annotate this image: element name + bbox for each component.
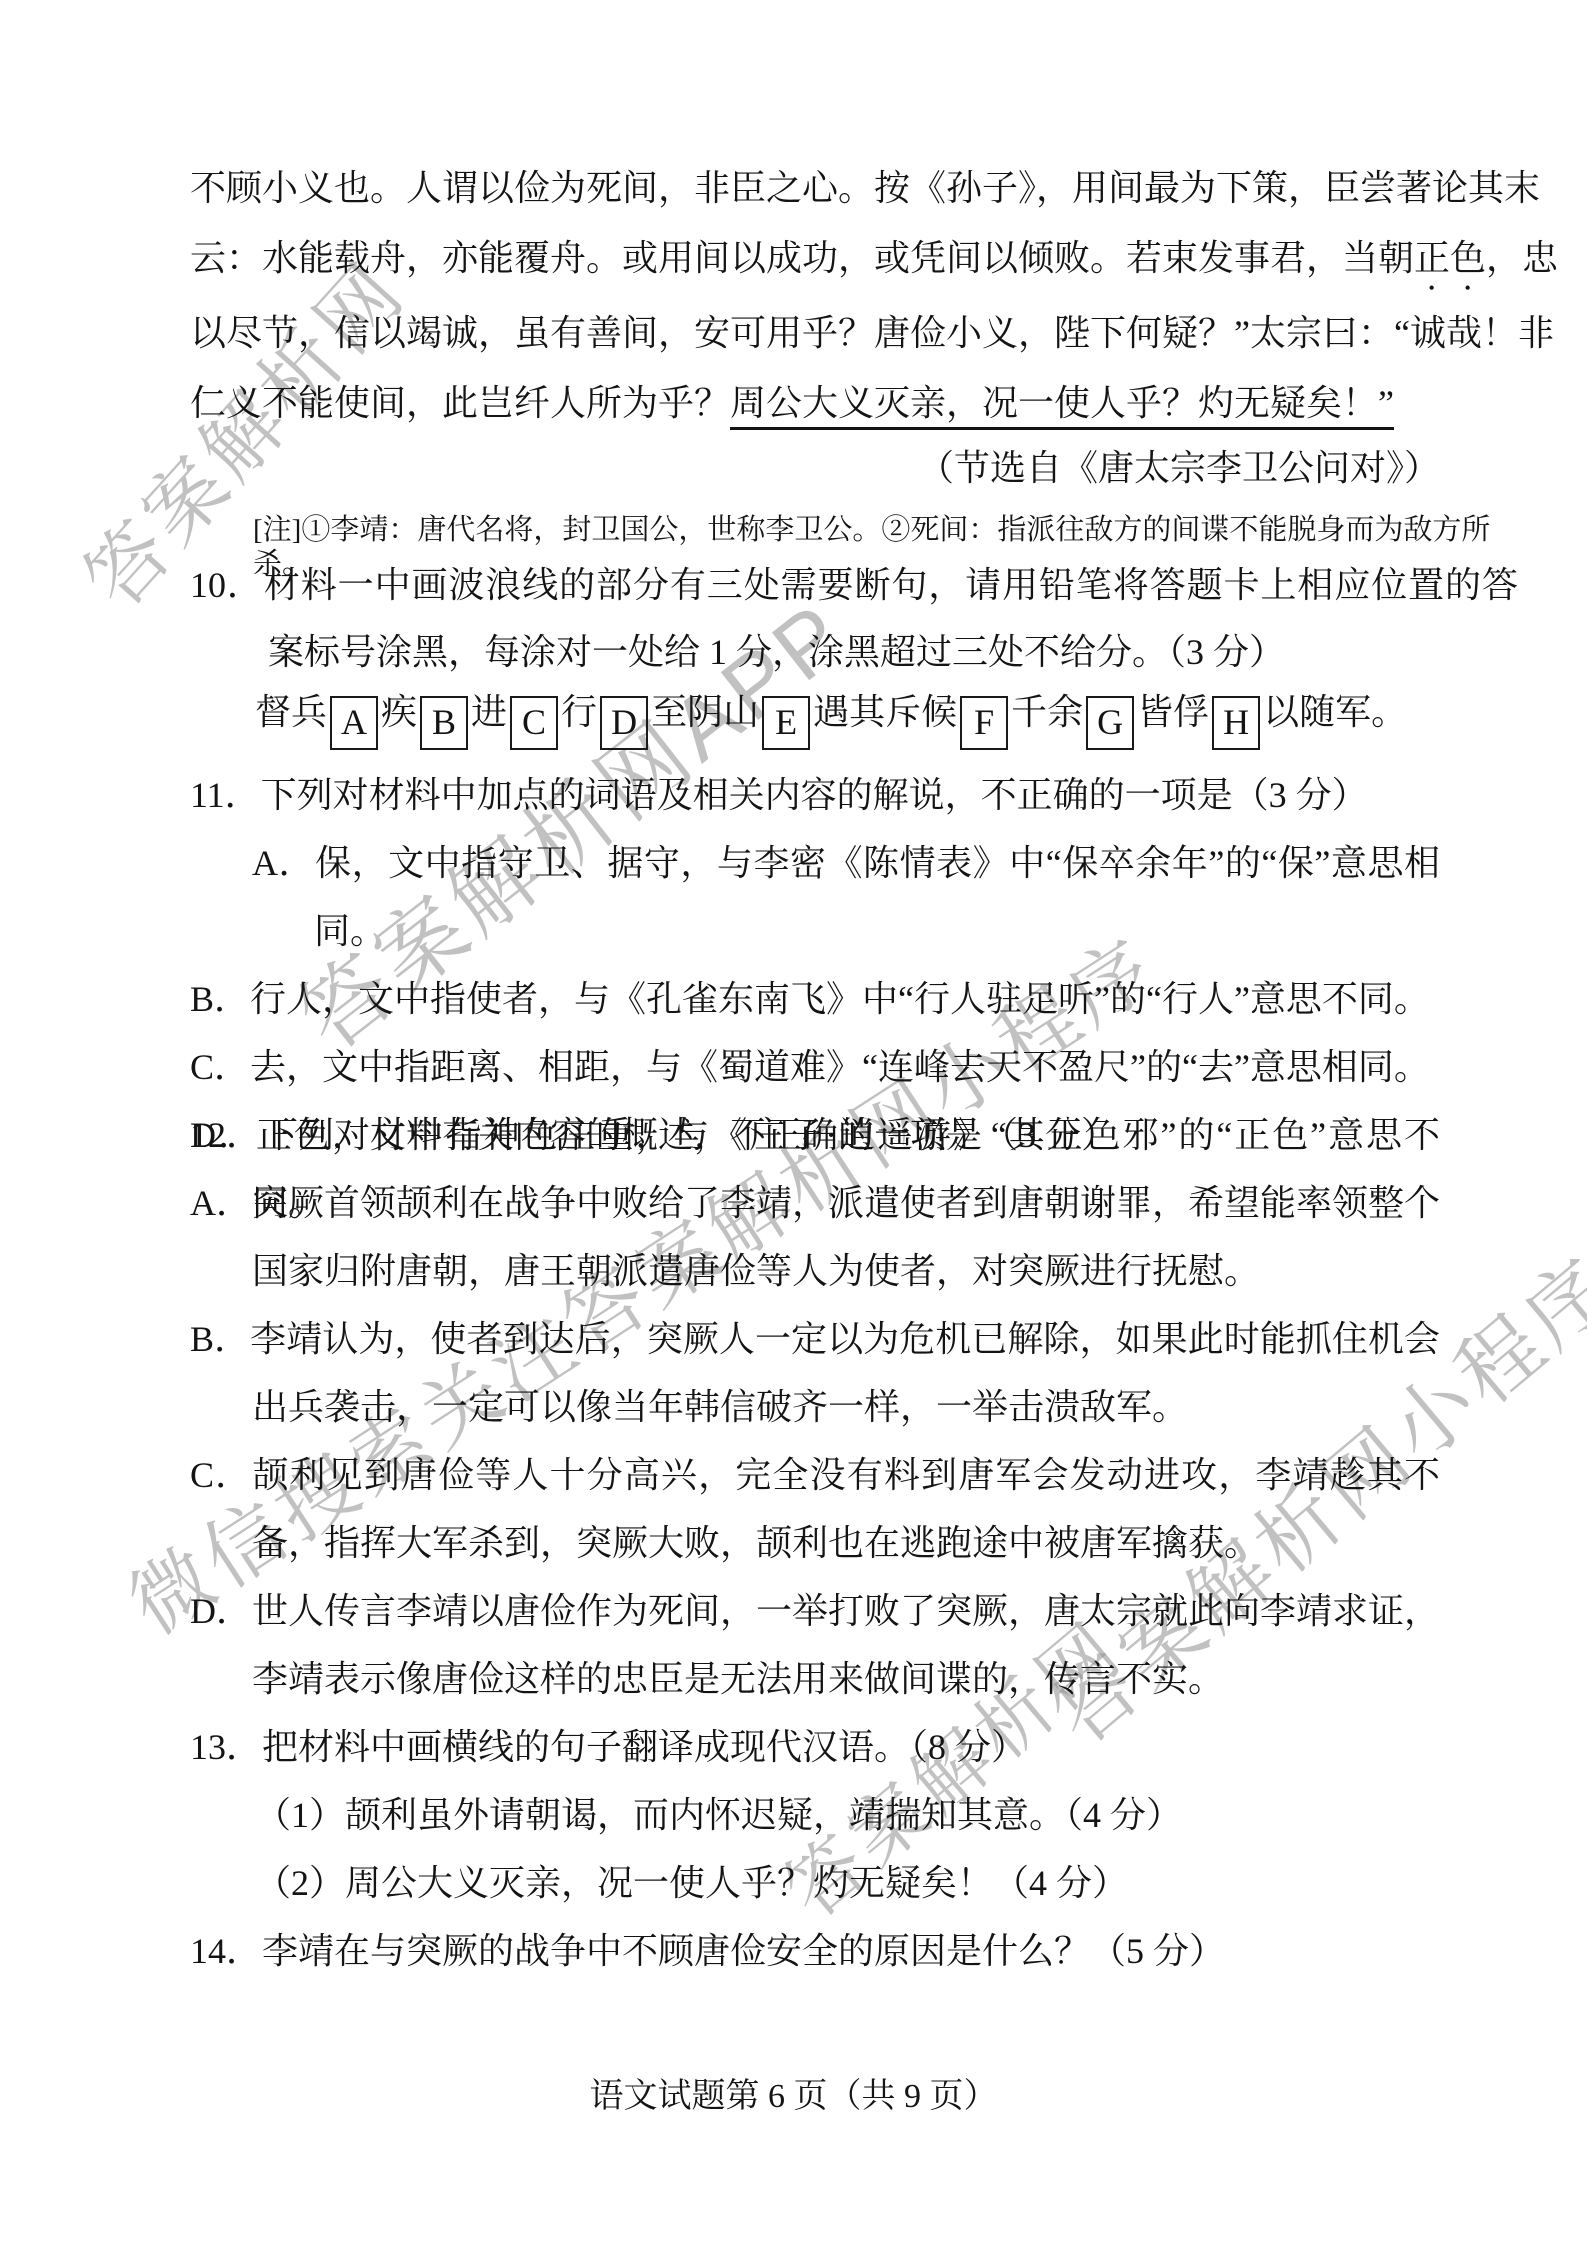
emphasized-word-zhengse: 正色 — [1414, 238, 1486, 278]
question-11-stem-row: 11．下列对材料中加点的词语及相关内容的解说，不正确的一项是（3 分） — [190, 761, 1440, 829]
question-12-stem: 下列对材料有关内容的概述，不正确的一项是（3 分） — [262, 1115, 1117, 1155]
q13-sub-1: （1）颉利虽外请朝谒，而内怀迟疑，靖揣知其意。（4 分） — [190, 1781, 1440, 1849]
classical-passage: 不顾小义也。人谓以俭为死间，非臣之心。按《孙子》，用间最为下策，臣尝著论其末 云… — [190, 153, 1440, 438]
question-11-stem: 下列对材料中加点的词语及相关内容的解说，不正确的一项是（3 分） — [261, 775, 1368, 815]
seg-text: 千余 — [1011, 692, 1083, 732]
question-13-stem-row: 13．把材料中画横线的句子翻译成现代汉语。（8 分） — [190, 1713, 1440, 1781]
question-13-stem: 把材料中画横线的句子翻译成现代汉语。（8 分） — [262, 1727, 1027, 1767]
option-label: B． — [190, 1319, 250, 1359]
option-label: D． — [190, 1591, 252, 1631]
option-text: 去，文中指距离、相距，与《蜀道难》“连峰去天不盈尺”的“去”意思相同。 — [250, 1047, 1430, 1087]
passage-line4-pre: 仁义不能使间，此岂纤人所为乎？ — [190, 383, 730, 423]
q11-option-c: C．去，文中指距离、相距，与《蜀道难》“连峰去天不盈尺”的“去”意思相同。 — [190, 1033, 1440, 1101]
exam-paper-page: 答案解析网 答案解析网APP 微信搜索关注答案解析网小程序 答案解析网小程序 答… — [0, 0, 1587, 2245]
q12-option-d: D．世人传言李靖以唐俭作为死间，一举打败了突厥，唐太宗就此向李靖求证，李靖表示像… — [190, 1577, 1440, 1713]
q12-option-a: A．突厥首领颉利在战争中败给了李靖，派遣使者到唐朝谢罪，希望能率领整个国家归附唐… — [190, 1169, 1440, 1305]
option-text: 颉利见到唐俭等人十分高兴，完全没有料到唐军会发动进攻，李靖趁其不备，指挥大军杀到… — [252, 1455, 1440, 1563]
question-14-stem-row: 14．李靖在与突厥的战争中不顾唐俭安全的原因是什么？（5 分） — [190, 1917, 1440, 1985]
answer-box-C: C — [510, 696, 558, 750]
page-footer: 语文试题第 6 页（共 9 页） — [0, 2080, 1587, 2114]
passage-line-4: 仁义不能使间，此岂纤人所为乎？周公大义灭亲，况一使人乎？灼无疑矣！” — [190, 368, 1440, 438]
answer-box-A: A — [330, 696, 378, 750]
answer-box-E: E — [762, 696, 810, 750]
answer-box-F: F — [960, 696, 1008, 750]
seg-text: 遇其斥候 — [813, 692, 957, 732]
seg-text: 疾 — [381, 692, 417, 732]
q11-option-b: B．行人，文中指使者，与《孔雀东南飞》中“行人驻足听”的“行人”意思不同。 — [190, 965, 1440, 1033]
option-text: 李靖认为，使者到达后，突厥人一定以为危机已解除，如果此时能抓住机会出兵袭击，一定… — [250, 1319, 1440, 1427]
question-13-number: 13． — [190, 1727, 262, 1767]
option-text: 世人传言李靖以唐俭作为死间，一举打败了突厥，唐太宗就此向李靖求证，李靖表示像唐俭… — [252, 1591, 1440, 1699]
question-14-stem: 李靖在与突厥的战争中不顾唐俭安全的原因是什么？（5 分） — [262, 1931, 1225, 1971]
answer-box-H: H — [1212, 696, 1260, 750]
q12-option-c: C．颉利见到唐俭等人十分高兴，完全没有料到唐军会发动进攻，李靖趁其不备，指挥大军… — [190, 1441, 1440, 1577]
option-label: C． — [190, 1455, 252, 1495]
question-12-number: 12． — [190, 1115, 262, 1155]
answer-box-B: B — [420, 696, 468, 750]
seg-text: 行 — [561, 692, 597, 732]
option-text: 保，文中指守卫、据守，与李密《陈情表》中“保卒余年”的“保”意思相同。 — [314, 843, 1440, 951]
seg-text: 至阴山 — [651, 692, 759, 732]
question-10-stem: 材料一中画波浪线的部分有三处需要断句，请用铅笔将答题卡上相应位置的答案标号涂黑，… — [264, 565, 1518, 672]
option-text: 突厥首领颉利在战争中败给了李靖，派遣使者到唐朝谢罪，希望能率领整个国家归附唐朝，… — [252, 1183, 1440, 1291]
question-12-stem-row: 12．下列对材料有关内容的概述，不正确的一项是（3 分） — [190, 1101, 1440, 1169]
passage-line-2: 云：水能载舟，亦能覆舟。或用间以成功，或凭间以倾败。若束发事君，当朝正色，忠 — [190, 223, 1440, 298]
passage-line-1: 不顾小义也。人谓以俭为死间，非臣之心。按《孙子》，用间最为下策，臣尝著论其末 — [190, 153, 1440, 223]
question-10-number: 10． — [190, 565, 264, 605]
question-13: 13．把材料中画横线的句子翻译成现代汉语。（8 分） （1）颉利虽外请朝谒，而内… — [190, 1713, 1440, 1917]
option-text: 行人，文中指使者，与《孔雀东南飞》中“行人驻足听”的“行人”意思不同。 — [250, 979, 1430, 1019]
q13-sub-2: （2）周公大义灭亲，况一使人乎？灼无疑矣！（4 分） — [190, 1849, 1440, 1917]
passage-line2-pre: 云：水能载舟，亦能覆舟。或用间以成功，或凭间以倾败。若束发事君，当朝 — [190, 238, 1414, 278]
passage-line2-post: ，忠 — [1486, 238, 1558, 278]
option-label: A． — [252, 843, 315, 883]
passage-attribution: （节选自《唐太宗李卫公问对》） — [190, 433, 1440, 503]
answer-box-D: D — [600, 696, 648, 750]
option-label: A． — [190, 1183, 252, 1223]
question-14: 14．李靖在与突厥的战争中不顾唐俭安全的原因是什么？（5 分） — [190, 1917, 1440, 1985]
question-11-number: 11． — [190, 775, 261, 815]
question-14-number: 14． — [190, 1931, 262, 1971]
underlined-sentence: 周公大义灭亲，况一使人乎？灼无疑矣！” — [730, 383, 1394, 423]
question-12: 12．下列对材料有关内容的概述，不正确的一项是（3 分） A．突厥首领颉利在战争… — [190, 1101, 1440, 1713]
q10-segmentation-line: 督兵A疾B进C行D至阴山E遇其斥候F千余G皆俘H以随军。 — [190, 684, 1505, 750]
q12-option-b: B．李靖认为，使者到达后，突厥人一定以为危机已解除，如果此时能抓住机会出兵袭击，… — [190, 1305, 1440, 1441]
q11-option-a: A．保，文中指守卫、据守，与李密《陈情表》中“保卒余年”的“保”意思相同。 — [252, 829, 1440, 965]
seg-text: 以随军。 — [1263, 692, 1407, 732]
option-label: B． — [190, 979, 250, 1019]
answer-box-G: G — [1086, 696, 1134, 750]
seg-text: 督兵 — [255, 692, 327, 732]
option-label: C． — [190, 1047, 250, 1087]
passage-line-3: 以尽节，信以竭诚，虽有善间，安可用乎？唐俭小义，陛下何疑？”太宗曰：“诚哉！非 — [190, 298, 1440, 368]
question-10: 10．材料一中画波浪线的部分有三处需要断句，请用铅笔将答题卡上相应位置的答案标号… — [190, 552, 1518, 686]
seg-text: 进 — [471, 692, 507, 732]
seg-text: 皆俘 — [1137, 692, 1209, 732]
